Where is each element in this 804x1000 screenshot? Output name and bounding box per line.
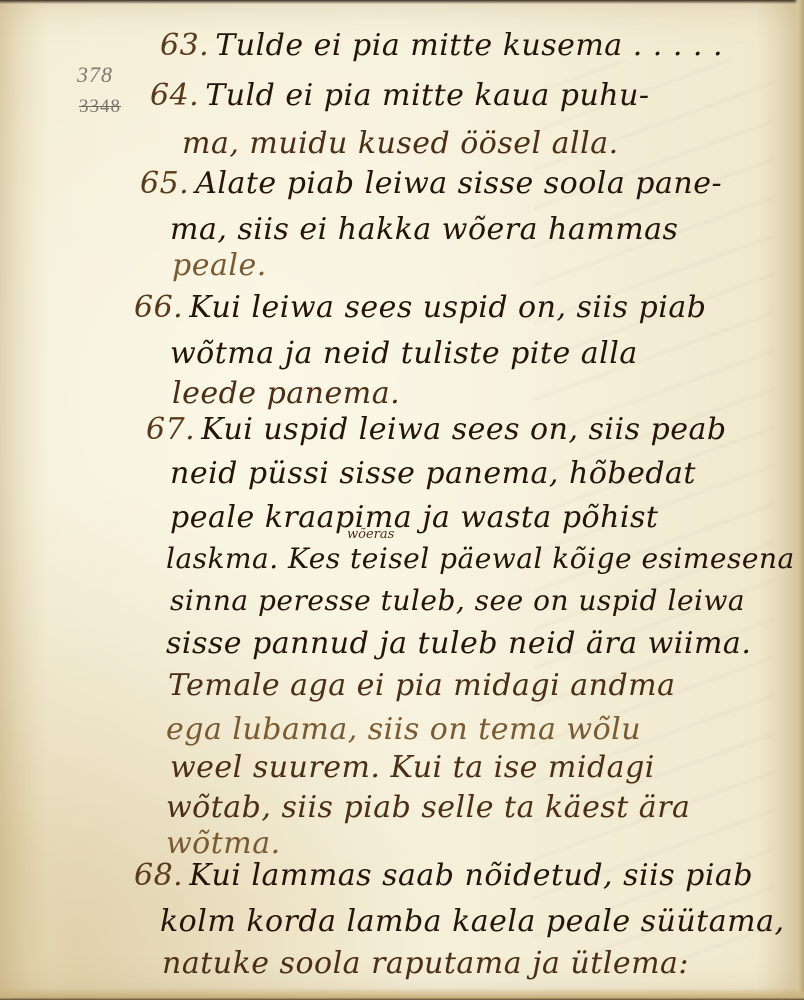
- entry-67-line-5: sinna peresse tuleb, see on uspid leiwa: [170, 584, 745, 617]
- entry-65-line-3: peale.: [172, 248, 267, 283]
- entry-67-line-10: wõtab, siis piab selle ta käest ära: [166, 790, 690, 825]
- entry-65: 65.Alate piab leiwa sisse soola pane-: [140, 166, 722, 201]
- entry-number: 63.: [160, 28, 209, 63]
- entry-line: Alate piab leiwa sisse soola pane-: [195, 166, 722, 201]
- entry-67-line-4: laskma. Kes teisel päewal kõige esimesen…: [166, 542, 795, 575]
- entry-68: 68.Kui lammas saab nõidetud, siis piab: [134, 858, 753, 893]
- entry-68-line-2: kolm korda lamba kaela peale süütama,: [160, 904, 785, 939]
- entry-64: 64.Tuld ei pia mitte kaua puhu-: [150, 78, 650, 113]
- entry-line: Tuld ei pia mitte kaua puhu-: [205, 78, 649, 113]
- entry-67: 67.Kui uspid leiwa sees on, siis peab: [146, 412, 727, 447]
- entry-line: Kui uspid leiwa sees on, siis peab: [201, 412, 726, 447]
- entry-number: 67.: [146, 412, 195, 447]
- entry-63: 63.Tulde ei pia mitte kusema . . . . .: [160, 28, 723, 63]
- entry-67-line-6: sisse pannud ja tuleb neid ära wiima.: [166, 626, 751, 661]
- entry-65-line-2: ma, siis ei hakka wõera hammas: [170, 212, 678, 247]
- entry-64-line-2: ma, muidu kused öösel alla.: [182, 126, 619, 161]
- entry-67-line-9: weel suurem. Kui ta ise midagi: [170, 750, 655, 785]
- entry-67-line-3: peale kraapima ja wasta põhist: [170, 500, 658, 535]
- entry-line: Kui lammas saab nõidetud, siis piab: [189, 858, 753, 893]
- manuscript-page: 378 3348 63.Tulde ei pia mitte kusema . …: [0, 0, 804, 1000]
- entry-67-line-7: Temale aga ei pia midagi andma: [168, 668, 675, 703]
- entry-66-line-3: leede panema.: [172, 376, 400, 411]
- entry-line: Tulde ei pia mitte kusema . . . . .: [215, 28, 723, 63]
- entry-number: 66.: [134, 290, 183, 325]
- interlinear-insertion: wõeras: [347, 527, 394, 542]
- entry-number: 68.: [134, 858, 183, 893]
- entry-number: 65.: [140, 166, 189, 201]
- entry-67-line-2: neid püssi sisse panema, hõbedat: [170, 456, 696, 491]
- entry-number: 64.: [150, 78, 199, 113]
- entry-line: Kui leiwa sees uspid on, siis piab: [189, 290, 706, 325]
- entry-66: 66.Kui leiwa sees uspid on, siis piab: [134, 290, 706, 325]
- entry-67-line-11: wõtma.: [166, 826, 281, 861]
- entry-68-line-3: natuke soola raputama ja ütlema:: [162, 946, 689, 981]
- entry-67-line-8: ega lubama, siis on tema wõlu: [166, 712, 641, 747]
- entry-66-line-2: wõtma ja neid tuliste pite alla: [170, 336, 638, 371]
- manuscript-text: 63.Tulde ei pia mitte kusema . . . . . 6…: [0, 0, 804, 1000]
